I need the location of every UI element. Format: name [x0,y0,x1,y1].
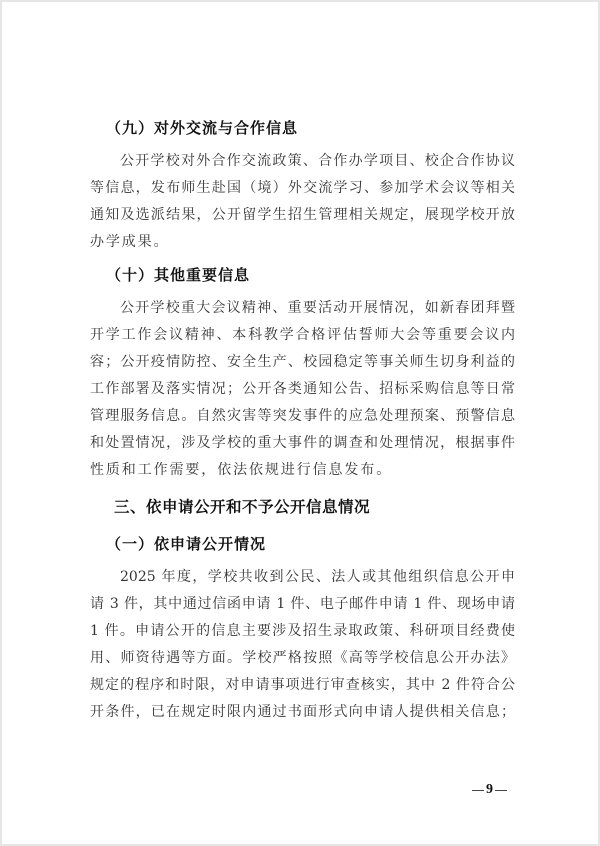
paragraph-line: 办学成果。 [90,229,515,256]
page-number-value: 9 [484,782,495,798]
paragraph-line: 2025 年度，学校共收到公民、法人或其他组织信息公开申 [90,564,515,591]
page-number-dash-left [472,790,484,791]
paragraph-line: 管理服务信息。自然灾害等突发事件的应急处理预案、预警信息 [90,403,515,430]
paragraph-line: 等信息，发布师生赴国（境）外交流学习、参加学术会议等相关 [90,175,515,202]
paragraph-application-disclosure: 2025 年度，学校共收到公民、法人或其他组织信息公开申 请 3 件，其中通过信… [90,564,515,726]
section-heading-10: （十）其他重要信息 [90,262,515,289]
paragraph-line: 规定的程序和时限，对申请事项进行审查核实，其中 2 件符合公 [90,672,515,699]
spacer [90,484,515,494]
subsection-heading-1: （一）依申请公开情况 [90,531,515,558]
paragraph-line: 公开学校对外合作交流政策、合作办学项目、校企合作协议 [90,148,515,175]
document-page: （九）对外交流与合作信息 公开学校对外合作交流政策、合作办学项目、校企合作协议 … [0,0,600,846]
paragraph-line: 请 3 件，其中通过信函申请 1 件、电子邮件申请 1 件、现场申请 [90,591,515,618]
spacer [90,521,515,531]
paragraph-line: 通知及选派结果，公开留学生招生管理相关规定，展现学校开放 [90,202,515,229]
paragraph-other-info: 公开学校重大会议精神、重要活动开展情况，如新春团拜暨 开学工作会议精神、本科教学… [90,295,515,484]
paragraph-line: 1 件。申请公开的信息主要涉及招生录取政策、科研项目经费使 [90,618,515,645]
page-number: 9 [472,782,507,798]
page-number-dash-right [495,790,507,791]
chapter-heading: 三、依申请公开和不予公开信息情况 [90,494,515,521]
section-heading-9: （九）对外交流与合作信息 [90,115,515,142]
paragraph-line: 开条件，已在规定时限内通过书面形式向申请人提供相关信息； [90,699,515,726]
page-content: （九）对外交流与合作信息 公开学校对外合作交流政策、合作办学项目、校企合作协议 … [90,115,515,726]
paragraph-line: 开学工作会议精神、本科教学合格评估誓师大会等重要会议内 [90,322,515,349]
paragraph-line: 用、师资待遇等方面。学校严格按照《高等学校信息公开办法》 [90,645,515,672]
paragraph-line: 容；公开疫情防控、安全生产、校园稳定等事关师生切身利益的 [90,349,515,376]
paragraph-line: 公开学校重大会议精神、重要活动开展情况，如新春团拜暨 [90,295,515,322]
paragraph-external-exchange: 公开学校对外合作交流政策、合作办学项目、校企合作协议 等信息，发布师生赴国（境）… [90,148,515,256]
paragraph-line: 工作部署及落实情况；公开各类通知公告、招标采购信息等日常 [90,376,515,403]
paragraph-line: 和处置情况，涉及学校的重大事件的调查和处理情况，根据事件 [90,430,515,457]
paragraph-line: 性质和工作需要，依法依规进行信息发布。 [90,457,515,484]
